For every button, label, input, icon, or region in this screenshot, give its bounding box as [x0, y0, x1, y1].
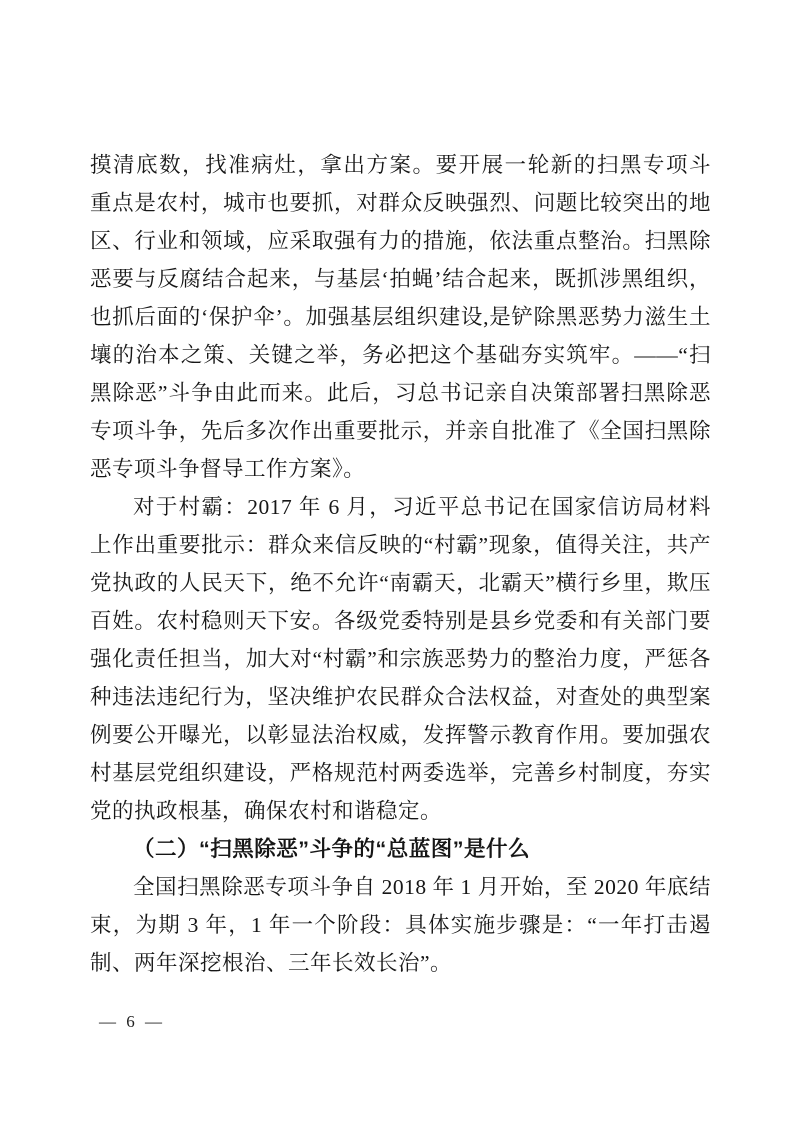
text-line: 强化责任担当，加大对“村霸”和宗族恶势力的整治力度，严惩各	[90, 640, 711, 678]
page-number: — 6 —	[99, 1012, 165, 1031]
text-line: 恶专项斗争督导工作方案》。	[90, 450, 711, 488]
text-line: 黑除恶”斗争由此而来。此后，习总书记亲自决策部署扫黑除恶	[90, 374, 711, 412]
paragraph-village-tyrants: 对于村霸：2017 年 6 月，习近平总书记在国家信访局材料 上作出重要批示：群…	[90, 488, 711, 830]
text-line: 摸清底数，找准病灶，拿出方案。要开展一轮新的扫黑专项斗争，	[90, 146, 711, 184]
text-line: 区、行业和领域，应采取强有力的措施，依法重点整治。扫黑除	[90, 222, 711, 260]
text-line: 也抓后面的‘保护伞’。加强基层组织建设,是铲除黑恶势力滋生土	[90, 298, 711, 336]
paragraph-blueprint: 全国扫黑除恶专项斗争自 2018 年 1 月开始，至 2020 年底结 束，为期…	[90, 868, 711, 982]
page-number-footer: — 6 —	[99, 1012, 165, 1032]
text-line: 壤的治本之策、关键之举，务必把这个基础夯实筑牢。——“扫	[90, 336, 711, 374]
text-line: 党的执政根基，确保农村和谐稳定。	[90, 792, 711, 830]
text-line: 党执政的人民天下，绝不允许“南霸天，北霸天”横行乡里，欺压	[90, 564, 711, 602]
text-line: 全国扫黑除恶专项斗争自 2018 年 1 月开始，至 2020 年底结	[90, 868, 711, 906]
text-line: 村基层党组织建设，严格规范村两委选举，完善乡村制度，夯实	[90, 754, 711, 792]
document-page: 摸清底数，找准病灶，拿出方案。要开展一轮新的扫黑专项斗争， 重点是农村，城市也要…	[0, 0, 793, 1122]
paragraph-continuation: 摸清底数，找准病灶，拿出方案。要开展一轮新的扫黑专项斗争， 重点是农村，城市也要…	[90, 146, 711, 488]
text-line: 例要公开曝光，以彰显法治权威，发挥警示教育作用。要加强农	[90, 716, 711, 754]
text-line: 对于村霸：2017 年 6 月，习近平总书记在国家信访局材料	[90, 488, 711, 526]
text-line: 上作出重要批示：群众来信反映的“村霸”现象，值得关注，共产	[90, 526, 711, 564]
text-line: 束，为期 3 年，1 年一个阶段：具体实施步骤是：“一年打击遏	[90, 906, 711, 944]
text-block: 摸清底数，找准病灶，拿出方案。要开展一轮新的扫黑专项斗争， 重点是农村，城市也要…	[90, 146, 711, 982]
text-line: 重点是农村，城市也要抓，对群众反映强烈、问题比较突出的地	[90, 184, 711, 222]
text-line: 种违法违纪行为，坚决维护农民群众合法权益，对查处的典型案	[90, 678, 711, 716]
section-heading: （二）“扫黑除恶”斗争的“总蓝图”是什么	[90, 830, 711, 868]
text-line: 百姓。农村稳则天下安。各级党委特别是县乡党委和有关部门要	[90, 602, 711, 640]
text-line: 恶要与反腐结合起来，与基层‘拍蝇’结合起来，既抓涉黑组织，	[90, 260, 711, 298]
text-line: 专项斗争，先后多次作出重要批示，并亲自批准了《全国扫黑除	[90, 412, 711, 450]
text-line: 制、两年深挖根治、三年长效长治”。	[90, 944, 711, 982]
